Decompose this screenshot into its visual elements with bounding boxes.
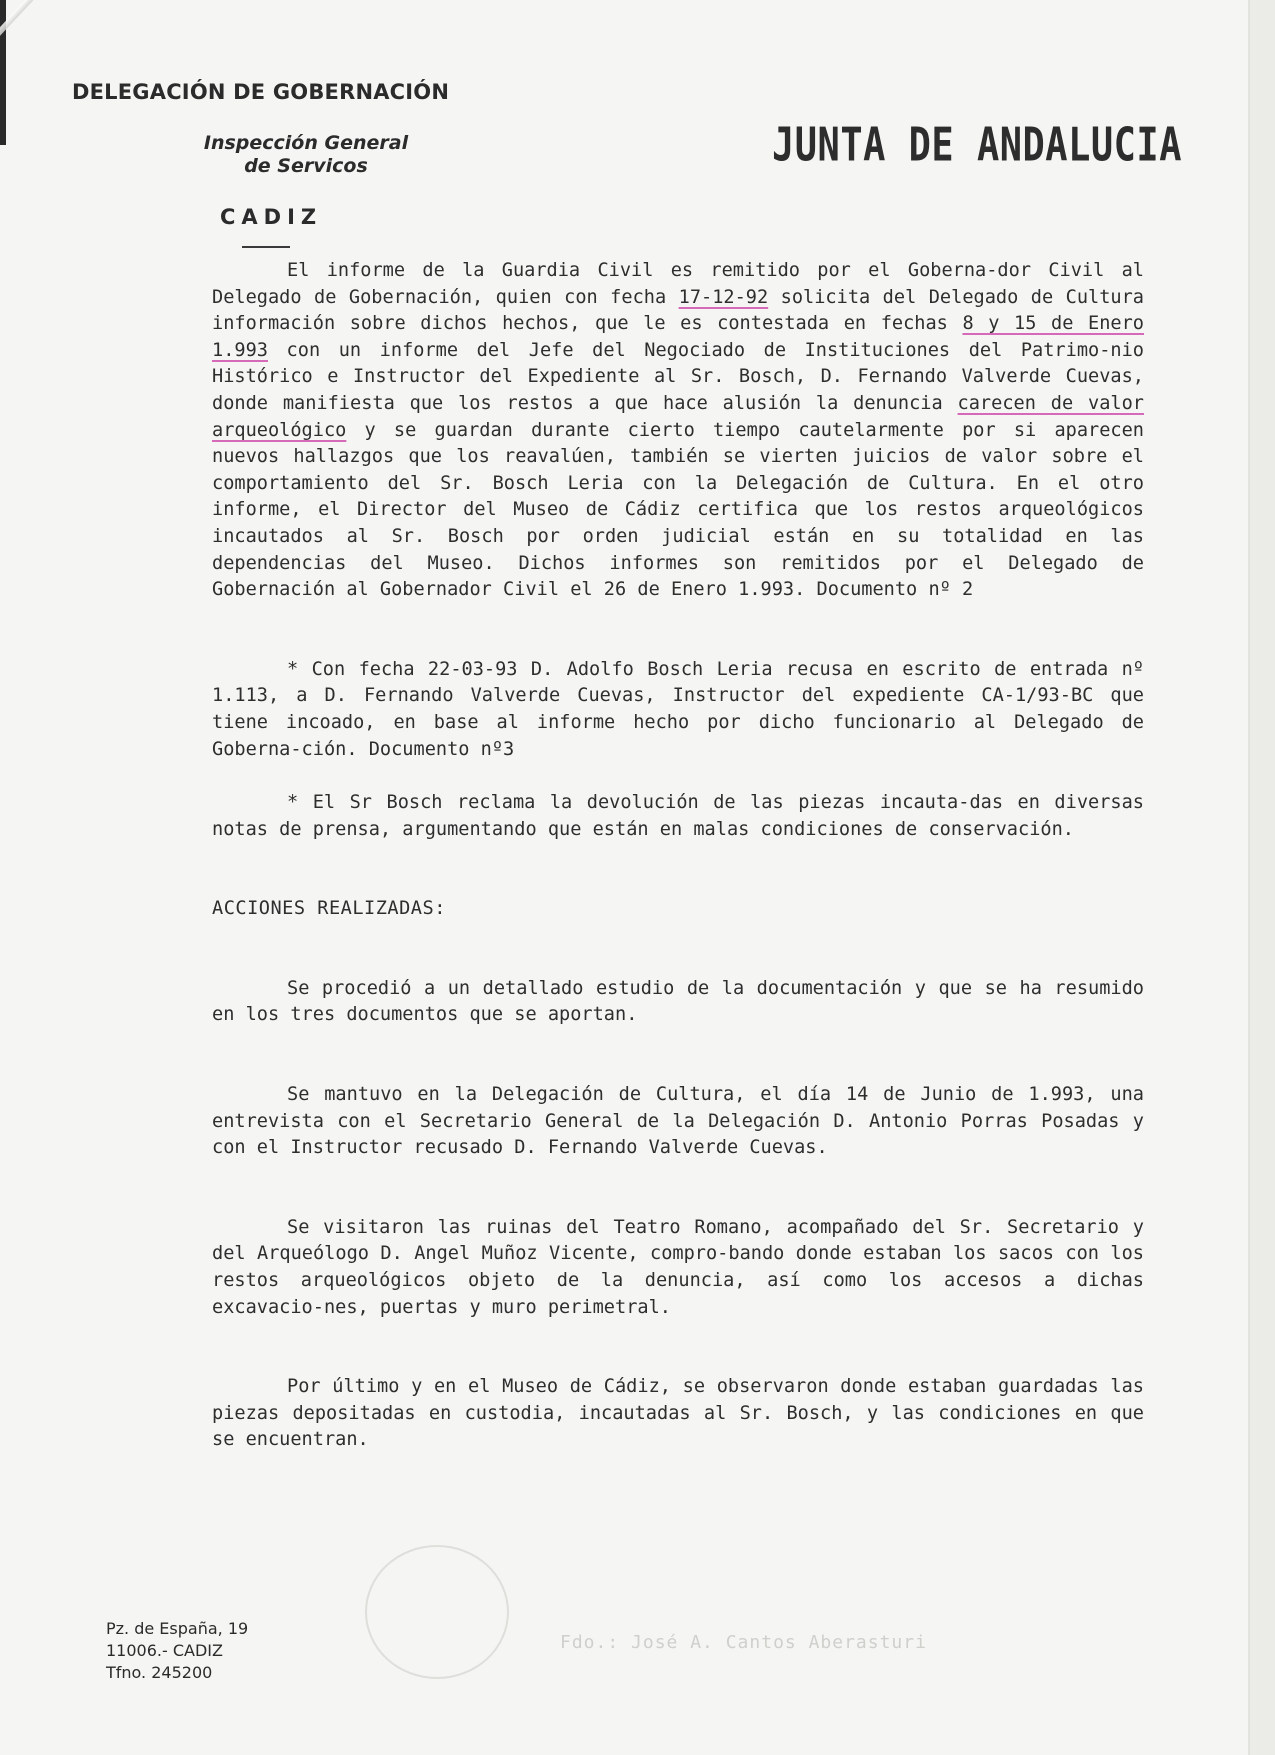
bleed-through-seal (365, 1545, 509, 1679)
highlighted-date: 17-12-92 (679, 287, 769, 308)
paragraph-recusa: * Con fecha 22-03-93 D. Adolfo Bosch Ler… (212, 657, 1144, 763)
action-item: Se visitaron las ruinas del Teatro Roman… (212, 1215, 1144, 1321)
text-span: y se guardan durante cierto tiempo caute… (212, 420, 1144, 601)
spacer (212, 1321, 1144, 1374)
spacer (212, 1029, 1144, 1082)
scan-margin (1250, 0, 1275, 1755)
footer-address: Pz. de España, 19 (106, 1618, 248, 1640)
organization-name: DELEGACIÓN DE GOBERNACIÓN (72, 80, 449, 104)
city-heading: CADIZ (220, 205, 322, 229)
paper-fold-crease (0, 0, 114, 74)
spacer (212, 763, 1144, 790)
spacer (212, 1162, 1144, 1215)
heading-rule (242, 246, 290, 248)
spacer (212, 923, 1144, 976)
document-page: DELEGACIÓN DE GOBERNACIÓN Inspección Gen… (0, 0, 1250, 1755)
spacer (212, 604, 1144, 657)
spacer (212, 843, 1144, 896)
bleed-through-signature: Fdo.: José A. Cantos Aberasturi (560, 1632, 927, 1653)
action-item: Se procedió a un detallado estudio de la… (212, 976, 1144, 1029)
action-item: Se mantuvo en la Delegación de Cultura, … (212, 1082, 1144, 1162)
department-line-2: de Servicos (156, 155, 456, 178)
letterhead-footer: Pz. de España, 19 11006.- CADIZ Tfno. 24… (106, 1618, 248, 1684)
action-item: Por último y en el Museo de Cádiz, se ob… (212, 1374, 1144, 1454)
letterhead-left: DELEGACIÓN DE GOBERNACIÓN (72, 80, 449, 104)
government-logo-text: JUNTA DE ANDALUCIA (772, 118, 1182, 172)
paragraph-reclama: * El Sr Bosch reclama la devolución de l… (212, 790, 1144, 843)
footer-phone: Tfno. 245200 (106, 1662, 248, 1684)
footer-postal: 11006.- CADIZ (106, 1640, 248, 1662)
section-title: ACCIONES REALIZADAS: (212, 896, 1144, 923)
document-body: El informe de la Guardia Civil es remiti… (212, 258, 1144, 1454)
department-line-1: Inspección General (156, 132, 456, 155)
paragraph-guardia-civil: El informe de la Guardia Civil es remiti… (212, 258, 1144, 604)
department-name: Inspección General de Servicos (156, 132, 456, 178)
